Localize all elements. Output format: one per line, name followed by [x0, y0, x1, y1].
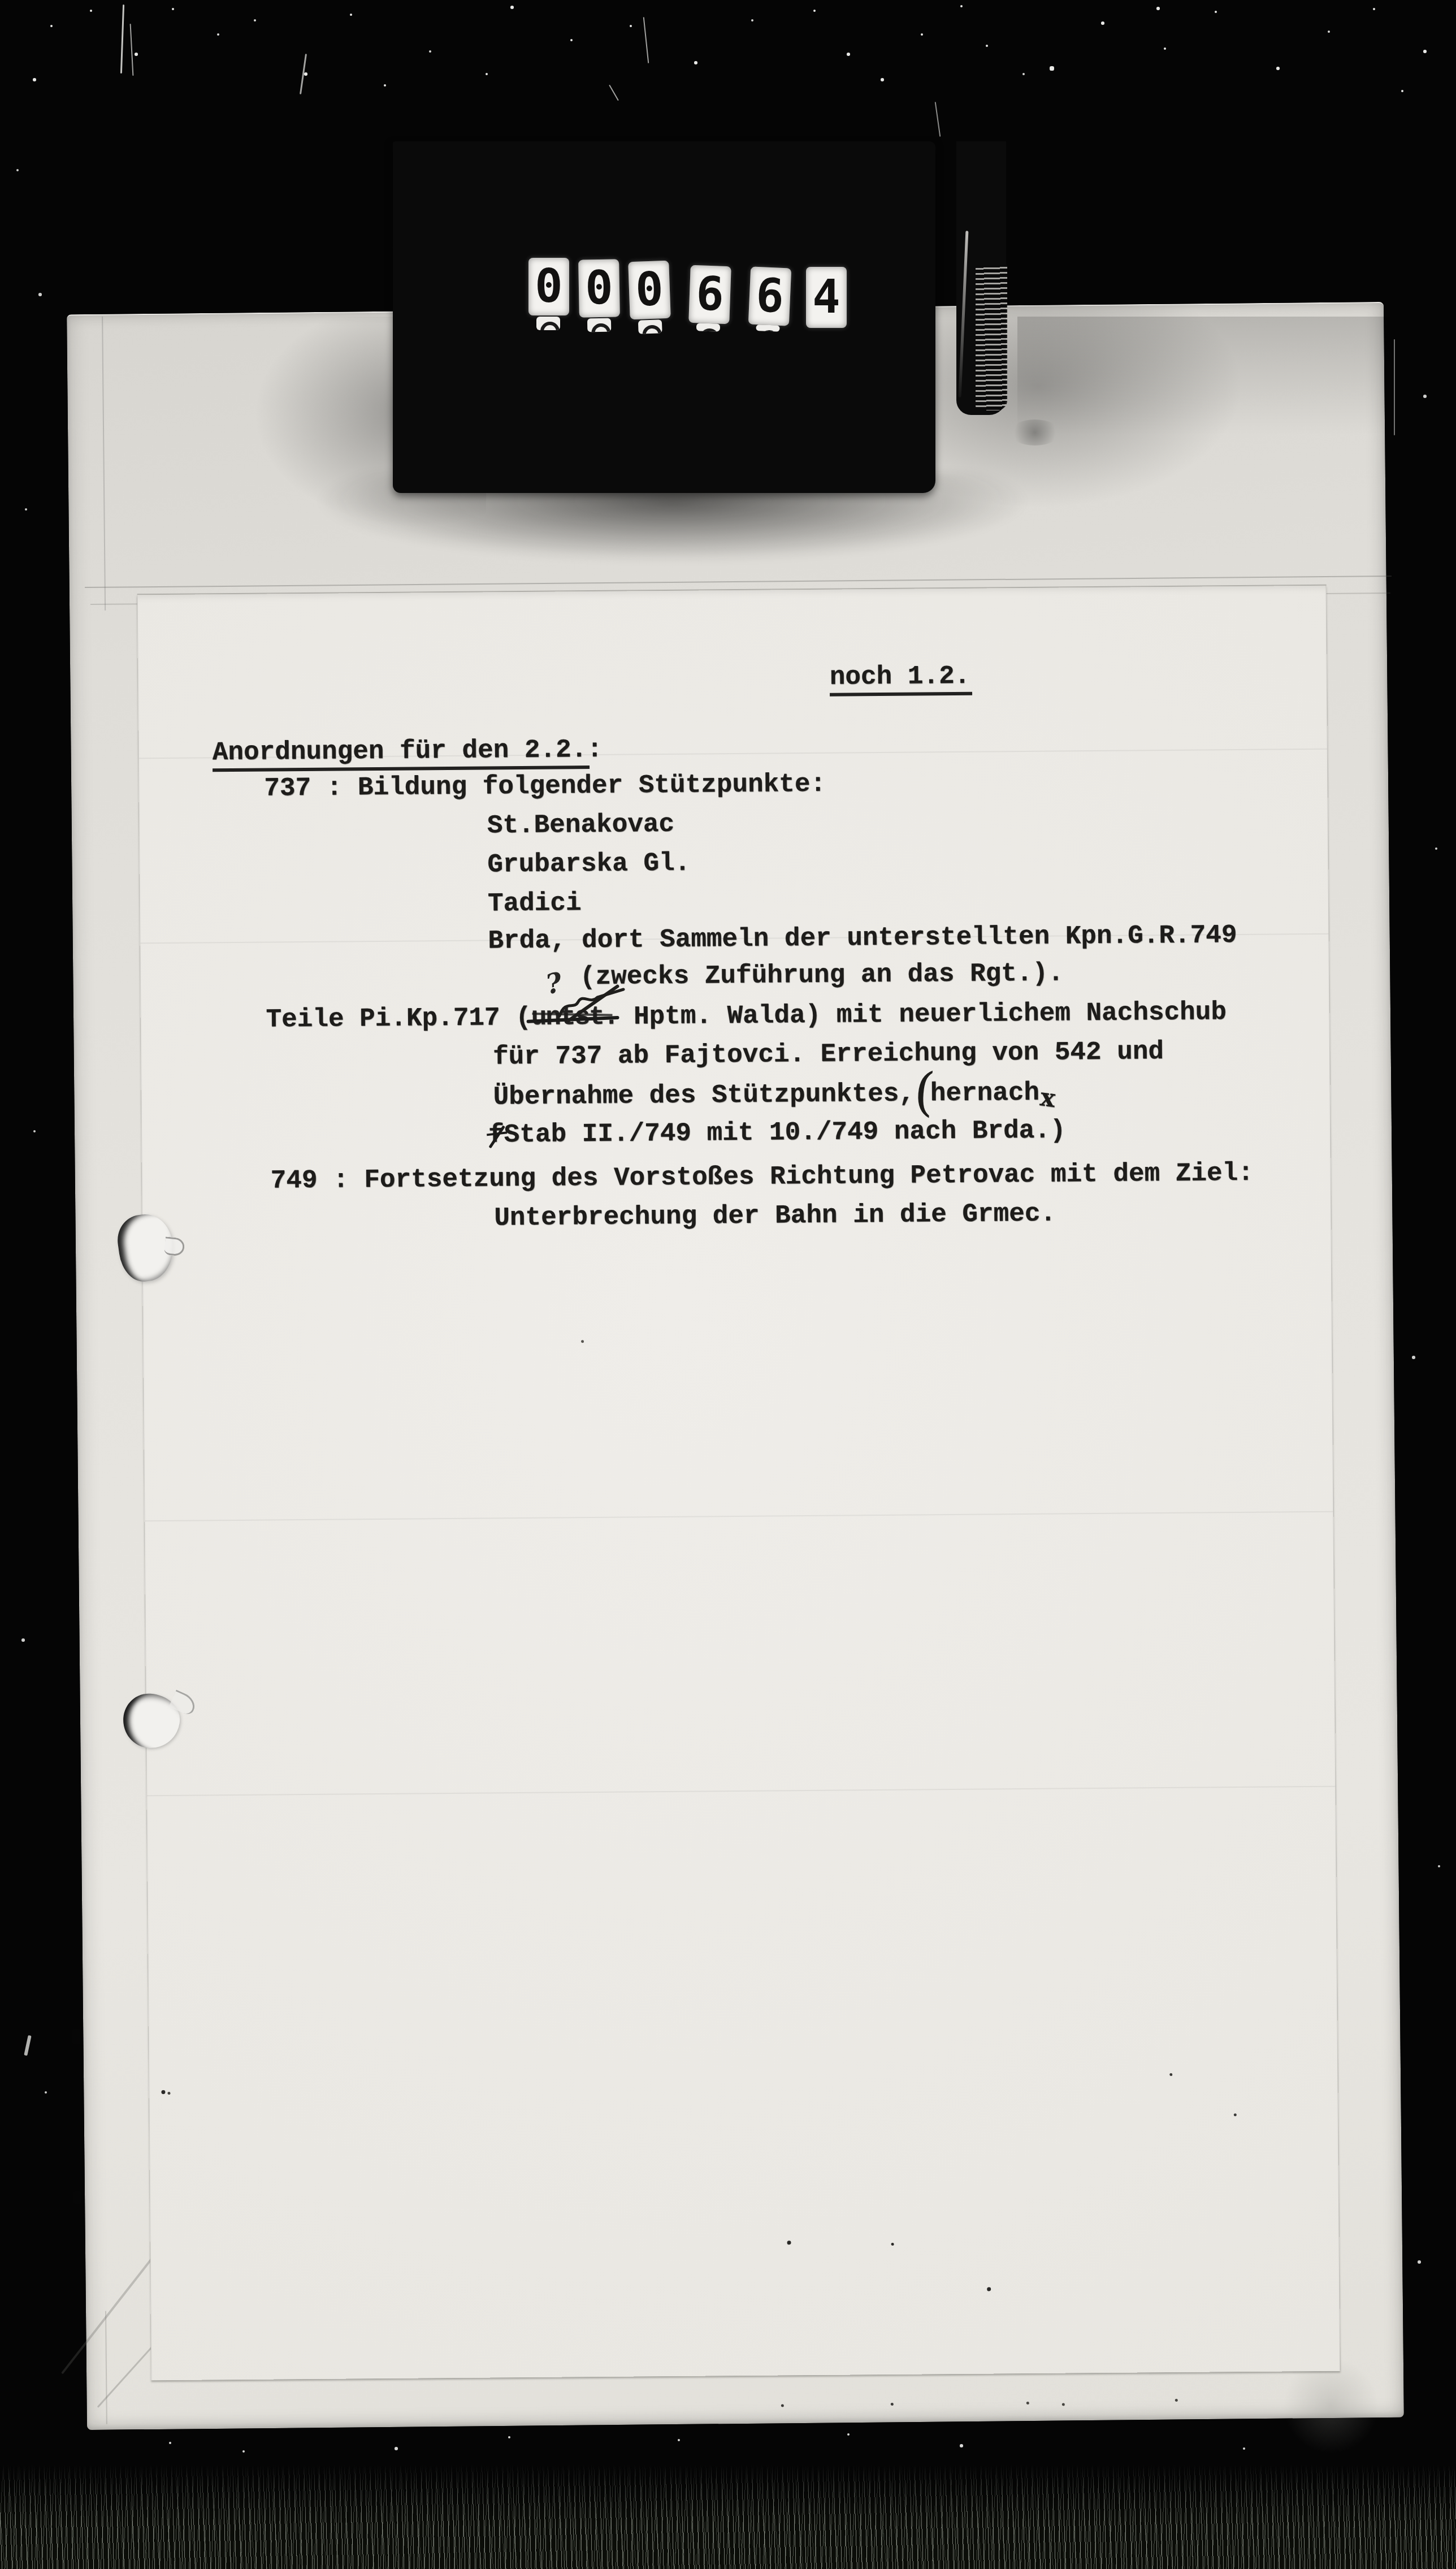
- paper-edge-notch: [73, 2191, 81, 2204]
- ink-speckles: [138, 595, 140, 596]
- typed-line-5: Brda, dort Sammeln der unterstellten Kpn…: [488, 922, 1237, 954]
- next-digit-sliver: [536, 317, 560, 330]
- film-scratch: [609, 85, 619, 101]
- typed-line-6: (zwecks Zuführung an das Rgt.).: [580, 960, 1064, 990]
- typed-line-12: Unterbrechung der Bahn in die Grmec.: [494, 1201, 1056, 1231]
- next-digit-sliver: [638, 319, 662, 334]
- film-scratch: [130, 24, 134, 76]
- typed-line-2: St.Benakovac: [487, 811, 675, 839]
- paper-fold-line: [105, 2311, 107, 2424]
- counter-digit-2: 0: [628, 261, 671, 319]
- film-dust-speckles: [0, 0, 1, 1]
- counter-digit-0: 0: [528, 258, 569, 315]
- paper-edge-notch: [72, 2029, 80, 2044]
- typed-line-10: fStab II./749 mit 10./749 nach Brda.): [488, 1117, 1066, 1148]
- film-scratch: [643, 17, 649, 63]
- typed-line-11: 749 : Fortsetzung des Vorstoßes Richtung…: [271, 1160, 1254, 1194]
- typed-document-page: noch 1.2.Anordnungen für den 2.2.:737 : …: [137, 586, 1341, 2380]
- typed-line-4: Tadici: [488, 890, 582, 916]
- counter-digit-3: 6: [688, 265, 731, 324]
- scan-artifact-line: [145, 1511, 1333, 1522]
- typed-line-0: Anordnungen für den 2.2.:: [213, 737, 603, 772]
- film-scratch: [1394, 339, 1395, 435]
- paper-fold-line: [102, 317, 106, 611]
- film-scratch: [935, 102, 941, 137]
- counter-digit-5: 4: [806, 267, 847, 328]
- film-bottom-texture: [0, 2465, 1456, 2569]
- next-digit-sliver: [756, 325, 779, 332]
- typed-line-8: für 737 ab Fajtovci. Erreichung von 542 …: [493, 1039, 1164, 1070]
- page-heading: noch 1.2.: [830, 663, 970, 697]
- film-margin-mark: [24, 2035, 31, 2056]
- paper-smudge: [1009, 419, 1060, 446]
- typed-line-9: Übernahme des Stützpunktes,(hernachx: [493, 1079, 1055, 1110]
- typed-line-7: Teile Pi.Kp.717 (untst. Hptm. Walda) mit…: [266, 999, 1227, 1032]
- next-digit-sliver: [696, 323, 720, 331]
- film-scratch: [120, 5, 124, 73]
- paper-stain: [1283, 2358, 1379, 2454]
- film-scratch: [300, 54, 307, 94]
- counter-digit-4: 6: [748, 266, 791, 326]
- shadow-gradient: [1017, 317, 1390, 435]
- counter-knurled-knob: [976, 265, 1007, 410]
- scan-artifact-line: [147, 1786, 1335, 1797]
- typed-line-1: 737 : Bildung folgender Stützpunkte:: [264, 771, 826, 802]
- typed-line-3: Grubarska Gl.: [487, 850, 690, 878]
- next-digit-sliver: [587, 318, 611, 332]
- microfilm-scan: noch 1.2.Anordnungen für den 2.2.:737 : …: [0, 0, 1456, 2569]
- counter-digit-1: 0: [578, 259, 620, 317]
